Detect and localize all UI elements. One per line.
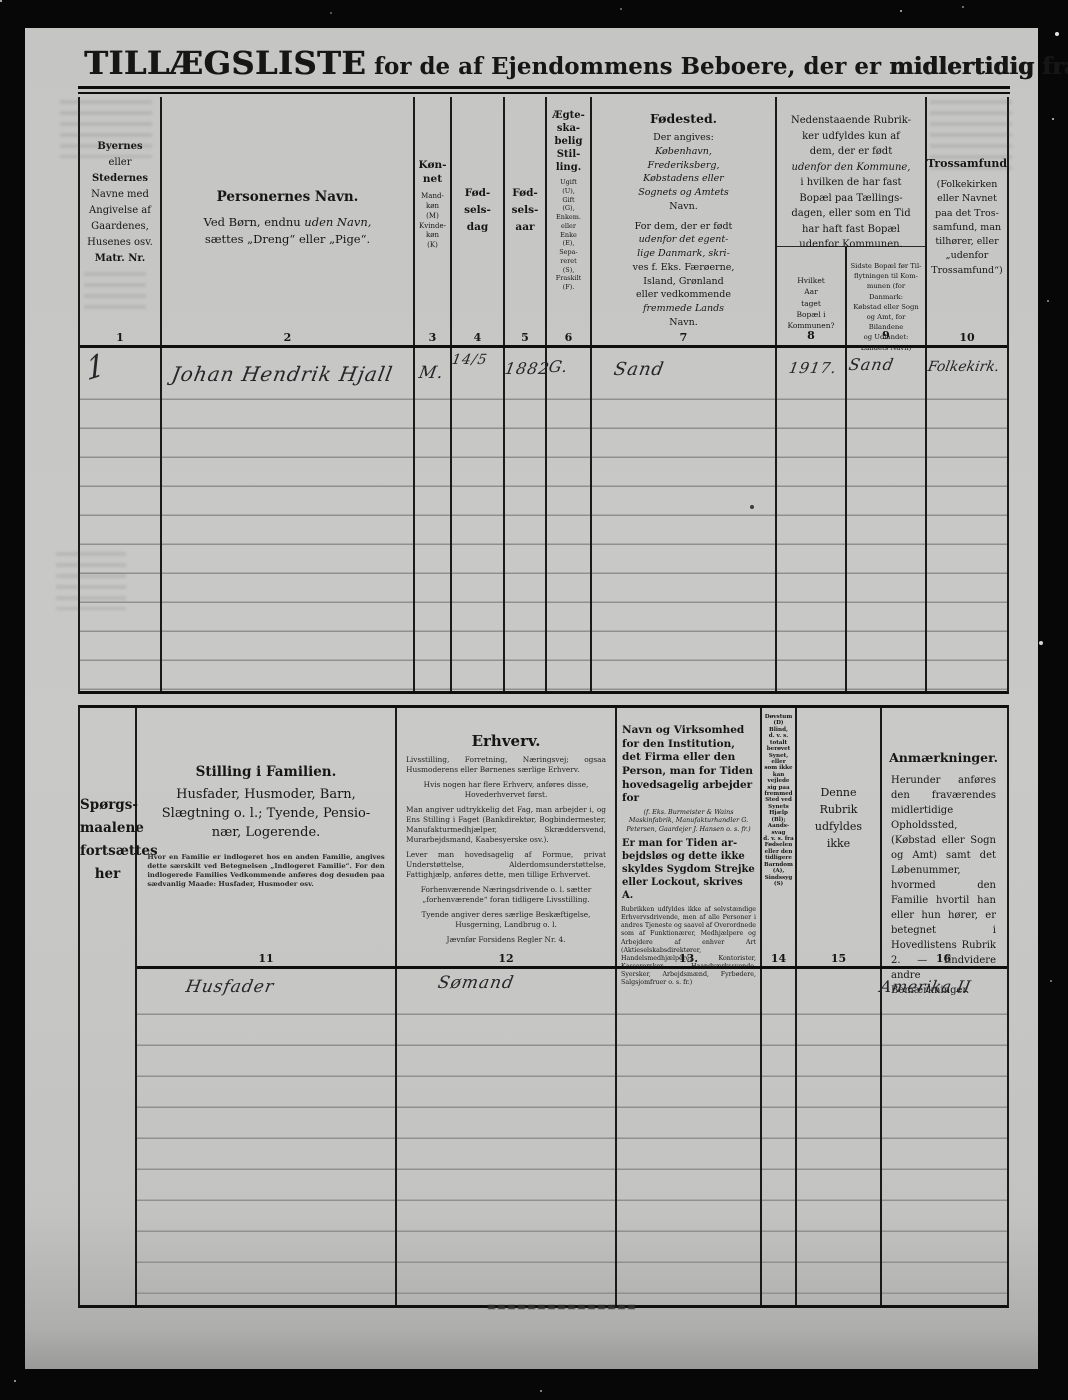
data-col-sidste-bopael: [847, 348, 927, 691]
header-fine-print: Rubrikken udfyldes ikke af selvstændige …: [621, 906, 756, 988]
data-col-erhverv: [397, 969, 617, 1305]
col-header-handicap: Døvstum (D) Blind, d. v. s. totalt berøv…: [762, 708, 797, 966]
header-line: Der angives:: [592, 131, 775, 145]
col-header-foedested: Fødested. Der angives: København, Freder…: [592, 97, 777, 345]
header-line: har haft fast Bopæl: [777, 222, 925, 238]
questions-continue-label: Spørgs- maalene fortsættes her: [80, 708, 137, 1305]
header-line: København,: [592, 145, 775, 159]
header-line: Angivelse af: [80, 203, 160, 219]
header-line: Nedenstaaende Rubrik-: [777, 113, 925, 129]
header-paragraph: Lever man hovedsagelig af Formue, privat…: [406, 850, 606, 880]
form-title: TILLÆGSLISTE for de af Ejendommens Beboe…: [84, 44, 1068, 82]
col-header-group-8-9: Nedenstaaende Rubrik- ker udfyldes kun a…: [777, 97, 927, 345]
col-header-stilling-i-familien: Stilling i Familien. Husfader, Husmoder,…: [137, 708, 397, 966]
form-title-emphasis: midlertidig fraværende.: [889, 53, 1068, 80]
header-line: Navne med: [80, 187, 160, 203]
header-line: Navn.: [592, 200, 775, 214]
col-header-foedselsaar: Fød- sels- aar 5: [505, 97, 547, 345]
handwritten-denomination: Folkekirk.: [927, 359, 1001, 375]
header-title: Navn og Virksomhed for den Institution, …: [622, 724, 755, 806]
header-line: Købstadens eller: [592, 172, 775, 186]
header-sub: Husfader, Husmoder, Barn, Slægtning o. l…: [137, 786, 395, 843]
col-header-aegteskabelig-stilling: Ægte- ska- belig Stil- ling. Ugift (U), …: [547, 97, 592, 345]
bleed-through-smudge: [56, 552, 126, 610]
header-line: Sognets og Amtets: [592, 186, 775, 200]
header-sub: Ugift (U), Gift (G), Enkem. eller Enke (…: [547, 178, 590, 292]
bleed-through-smudge: [84, 272, 146, 312]
data-col-foedested: [592, 348, 777, 691]
col-number-14: 14: [762, 952, 795, 965]
header-line: For dem, der er født: [592, 220, 775, 234]
header-line: i hvilken de har fast: [777, 175, 925, 191]
title-double-rule-bottom: [78, 92, 1010, 94]
header-line: ves f. Eks. Færøerne,: [592, 261, 775, 275]
handwritten-settled-year: 1917.: [787, 359, 838, 377]
handwritten-previous-residence: Sand: [847, 355, 895, 374]
header-sub: Denne Rubrik udfyldes ikke: [797, 784, 880, 852]
header-line: dem, der er født: [777, 144, 925, 160]
col-number-15: 15: [797, 952, 880, 965]
header-paragraph: Forhenværende Næringsdrivende o. l. sætt…: [406, 885, 606, 905]
table2-header-row: Stilling i Familien. Husfader, Husmoder,…: [137, 708, 1007, 969]
col-number-13: 13.: [617, 952, 760, 965]
scan-noise-specks: [0, 0, 2, 2]
data-col-stilling-i-familien: [137, 969, 397, 1305]
data-col-arbejdsgiver: [617, 969, 762, 1305]
bleed-through-smudge: [930, 100, 1012, 174]
bleed-through-smudge: [60, 100, 152, 158]
data-col-trossamfund: [927, 348, 1007, 691]
data-col-foedselsaar: [505, 348, 547, 691]
col-number-4: 4: [452, 331, 503, 344]
header-title: Anmærkninger.: [882, 750, 1005, 765]
header-line: Matr. Nr.: [80, 251, 160, 267]
header-sub: Hvilket Aar taget Bopæl i Kommunen?: [777, 275, 845, 331]
header-line: Island, Grønland: [592, 275, 775, 289]
handwritten-remark: Amerika II: [878, 977, 972, 996]
header-title: Fødested.: [592, 111, 775, 126]
header-line: ker udfyldes kun af: [777, 129, 925, 145]
form-title-middle: for de af Ejendommens Beboere, der er: [366, 53, 889, 80]
header-line: dagen, eller som en Tid: [777, 206, 925, 222]
table2-right-section: Stilling i Familien. Husfader, Husmoder,…: [137, 708, 1007, 1305]
form-title-main: TILLÆGSLISTE: [84, 44, 366, 82]
handwritten-birth-year: 1882: [503, 359, 551, 378]
header-sub: (Folkekirken eller Navnet paa det Tros- …: [927, 178, 1007, 278]
data-col-foedselsdag: [452, 348, 505, 691]
col-number-1: 1: [80, 331, 160, 344]
header-line: udenfor det egent-: [592, 233, 775, 247]
header-line: Navn.: [592, 316, 775, 330]
data-col-navn: [162, 348, 415, 691]
header-line: Bopæl paa Tællings-: [777, 191, 925, 207]
header-line: Frederiksberg,: [592, 159, 775, 173]
col-header-erhverv: Erhverv. Livsstilling, Forretning, Nærin…: [397, 708, 617, 966]
header-paragraph: Hvis nogen har flere Erhverv, anføres di…: [406, 780, 606, 800]
header-line: Ved Børn, endnu uden Navn,: [162, 214, 413, 231]
header-line: eller vedkommende: [592, 288, 775, 302]
scanned-census-page: TILLÆGSLISTE for de af Ejendommens Beboe…: [0, 0, 1068, 1400]
col-header-personernes-navn: Personernes Navn. Ved Børn, endnu uden N…: [162, 97, 415, 345]
header-title: Erhverv.: [397, 732, 615, 750]
header-title: Fød- sels- dag: [452, 185, 503, 235]
header-text-italic: uden Navn,: [304, 215, 371, 229]
header-sub: Mand- køn (M) Kvinde- køn (K): [415, 192, 450, 251]
header-line: udenfor den Kommune,: [777, 160, 925, 176]
header-line: sættes „Dreng“ eller „Pige“.: [162, 231, 413, 248]
handwritten-sex: M.: [417, 363, 445, 383]
data-col-udfyldes-ikke: [797, 969, 882, 1305]
col-number-3: 3: [415, 331, 450, 344]
table2-data-area: [137, 969, 1007, 1305]
col-header-udfyldes-ikke: Denne Rubrik udfyldes ikke 15: [797, 708, 882, 966]
col-number-2: 2: [162, 331, 413, 344]
col-header-sidste-bopael: Sidste Bopæl før Til- flytningen til Kom…: [847, 247, 925, 345]
header-line: lige Danmark, skri-: [592, 247, 775, 261]
header-paragraph: Jævnfør Forsidens Regler Nr. 4.: [406, 935, 606, 945]
header-paragraph: Man angiver udtrykkelig det Fag, man arb…: [406, 805, 606, 845]
data-col-matr: [80, 348, 162, 691]
col-header-anmaerkninger: Anmærkninger. Herunder anføres den fravæ…: [882, 708, 1005, 966]
handwritten-marital-status: G.: [547, 357, 570, 376]
header-line: Gaardenes,: [80, 219, 160, 235]
data-col-handicap: [762, 969, 797, 1305]
header-title: Fød- sels- aar: [505, 185, 545, 235]
header-title: Ægte- ska- belig Stil- ling.: [547, 109, 590, 174]
table1-data-area: [80, 348, 1007, 691]
data-col-koen: [415, 348, 452, 691]
handwritten-birthplace: Sand: [612, 359, 666, 380]
col-number-10: 10: [927, 331, 1007, 344]
header-text: Ved Børn, endnu: [204, 215, 305, 229]
col-number-16: 16: [882, 952, 1005, 965]
handwritten-name: Johan Hendrik Hjall: [170, 362, 395, 386]
col-number-11: 11: [137, 952, 395, 965]
data-col-anmaerkninger: [882, 969, 1005, 1305]
data-col-bopael-aar: [777, 348, 847, 691]
header-line: fremmede Lands: [592, 302, 775, 316]
ink-speck: [750, 505, 754, 509]
col-header-arbejdsgiver: Navn og Virksomhed for den Institution, …: [617, 708, 762, 966]
header-fine-print: Hvor en Familie er indlogeret hos en and…: [147, 853, 384, 890]
header-paragraph: Tyende angiver deres særlige Beskæftigel…: [406, 910, 606, 930]
col-number-6: 6: [547, 331, 590, 344]
col-number-8: 8: [777, 328, 845, 345]
header-title: Køn- net: [415, 159, 450, 186]
header-line: Stedernes: [80, 171, 160, 187]
header-fine-print: (f. Eks. Burmeister & Wains Maskinfabrik…: [621, 808, 756, 833]
title-double-rule-top: [78, 86, 1010, 89]
table1-header-row: Byernes eller Stedernes Navne med Angive…: [80, 97, 1007, 348]
col-header-koennet: Køn- net Mand- køn (M) Kvinde- køn (K) 3: [415, 97, 452, 345]
table-absent-persons-top: Byernes eller Stedernes Navne med Angive…: [78, 97, 1009, 694]
printer-imprint-illegible: [488, 1305, 636, 1309]
header-sub: Døvstum (D) Blind, d. v. s. totalt berøv…: [762, 714, 795, 887]
handwritten-occupation: Sømand: [436, 973, 515, 993]
col-header-foedselsdag: Fød- sels- dag 4: [452, 97, 505, 345]
header-title: Personernes Navn.: [162, 189, 413, 205]
handwritten-family-position: Husfader: [184, 977, 276, 997]
col-number-5: 5: [505, 331, 545, 344]
col-number-12: 12: [397, 952, 615, 965]
handwritten-birth-day: 14/5: [451, 352, 489, 368]
data-col-stilling: [547, 348, 592, 691]
header-paragraph: Er man for Tiden ar­bejdsløs og dette ik…: [622, 837, 755, 902]
table-absent-persons-bottom: Spørgs- maalene fortsættes her Stilling …: [78, 705, 1009, 1308]
col-number-9: 9: [847, 328, 925, 345]
col-header-bopael-aar: Hvilket Aar taget Bopæl i Kommunen? 8: [777, 247, 847, 345]
header-paragraph: Livsstilling, Forretning, Næringsvej; og…: [406, 755, 606, 775]
handwritten-matr-nr: 1: [85, 346, 107, 388]
header-line: Husenes osv.: [80, 235, 160, 251]
header-title: Stilling i Familien.: [137, 764, 395, 780]
col-number-7: 7: [592, 331, 775, 344]
